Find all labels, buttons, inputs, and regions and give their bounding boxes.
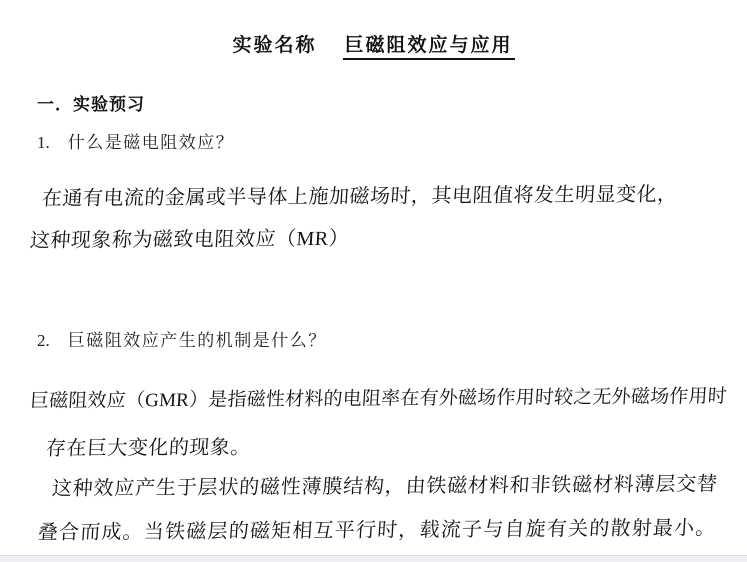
handwritten-answer-2-line-1: 巨磁阻效应（GMR）是指磁性材料的电阻率在有外磁场作用时较之无外磁场作用时 bbox=[29, 381, 728, 413]
document-page: 实验名称巨磁阻效应与应用 一．实验预习 1.什么是磁电阻效应？ 在通有电流的金属… bbox=[0, 0, 747, 562]
title-label: 实验名称 bbox=[232, 35, 316, 56]
question-1-text: 什么是磁电阻效应？ bbox=[68, 133, 235, 152]
question-2-number: 2. bbox=[37, 331, 50, 350]
question-2-text: 巨磁阻效应产生的机制是什么？ bbox=[68, 331, 327, 350]
handwritten-answer-2-line-4: 叠合而成。当铁磁层的磁矩相互平行时，载流子与自旋有关的散射最小。 bbox=[37, 511, 718, 545]
question-2: 2.巨磁阻效应产生的机制是什么？ bbox=[37, 326, 327, 351]
handwritten-answer-1-line-1: 在通有电流的金属或半导体上施加磁场时，其电阻值将发生明显变化， bbox=[41, 178, 679, 211]
page-bottom-edge bbox=[0, 555, 747, 562]
title-experiment-name: 巨磁阻效应与应用 bbox=[343, 35, 515, 60]
document-title: 实验名称巨磁阻效应与应用 bbox=[0, 30, 747, 57]
question-1-number: 1. bbox=[37, 133, 50, 152]
section-heading: 一．实验预习 bbox=[37, 90, 145, 115]
handwritten-answer-2-line-2: 存在巨大变化的现象。 bbox=[45, 431, 252, 461]
handwritten-answer-2-line-3: 这种效应产生于层状的磁性薄膜结构，由铁磁材料和非铁磁材料薄层交替 bbox=[51, 467, 719, 501]
question-1: 1.什么是磁电阻效应？ bbox=[37, 128, 234, 153]
handwritten-answer-1-line-2: 这种现象称为磁致电阻效应（MR） bbox=[29, 222, 350, 253]
